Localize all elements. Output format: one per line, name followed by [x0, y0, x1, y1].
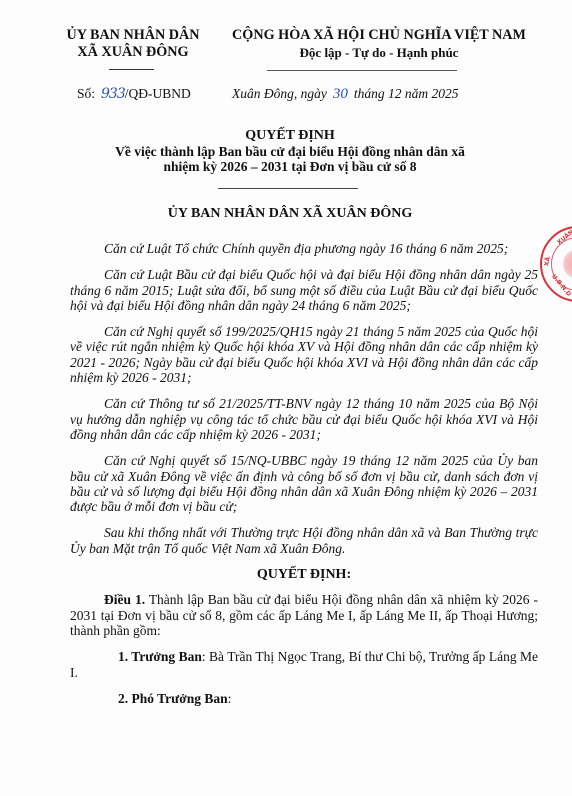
member-detail: : [228, 691, 232, 706]
issuer-underline [109, 69, 154, 70]
motto-underline [267, 70, 457, 71]
member-role: 2. Phó Trưởng Ban [118, 691, 228, 706]
title-subtitle-2: nhiệm kỳ 2026 – 2031 tại Đơn vị bầu cử s… [100, 159, 480, 175]
document-body: Căn cứ Luật Tổ chức Chính quyền địa phươ… [70, 241, 538, 717]
handwritten-day: 30 [333, 86, 348, 102]
title-main: QUYẾT ĐỊNH [100, 128, 480, 144]
preamble-item: Căn cứ Nghị quyết số 199/2025/QH15 ngày … [70, 324, 538, 385]
issuer-heading: ỦY BAN NHÂN DÂN XÃ XUÂN ĐÔNG [100, 206, 480, 222]
preamble-item: Căn cứ Luật Tổ chức Chính quyền địa phươ… [70, 241, 538, 256]
document-page: ỦY BAN NHÂN DÂN XÃ XUÂN ĐÔNG CỘNG HÒA XÃ… [0, 0, 572, 796]
preamble-item: Căn cứ Nghị quyết số 15/NQ-UBBC ngày 19 … [70, 453, 538, 514]
title-subtitle-1: Về việc thành lập Ban bầu cử đại biểu Hộ… [100, 144, 480, 160]
preamble-item: Sau khi thống nhất với Thường trực Hội đ… [70, 525, 538, 556]
number-label: Số: [77, 86, 95, 101]
date-prefix: Xuân Đông, ngày [232, 86, 327, 101]
title-underline [218, 188, 358, 189]
national-motto: Độc lập - Tự do - Hạnh phúc [214, 44, 544, 61]
decision-heading: QUYẾT ĐỊNH: [70, 567, 538, 582]
article-1: Điều 1. Thành lập Ban bầu cử đại biểu Hộ… [70, 592, 538, 638]
issuer-line-1: ỦY BAN NHÂN DÂN [58, 27, 208, 44]
document-title: QUYẾT ĐỊNH Về việc thành lập Ban bầu cử … [100, 128, 480, 175]
preamble-item: Căn cứ Thông tư số 21/2025/TT-BNV ngày 1… [70, 396, 538, 442]
member-item: 2. Phó Trưởng Ban: [70, 691, 538, 706]
date-suffix: tháng 12 năm 2025 [354, 86, 459, 101]
member-item: 1. Trưởng Ban: Bà Trần Thị Ngọc Trang, B… [70, 649, 538, 680]
national-header: CỘNG HÒA XÃ HỘI CHỦ NGHĨA VIỆT NAM Độc l… [214, 27, 544, 61]
handwritten-number: 933 [101, 86, 125, 102]
member-role: 1. Trưởng Ban [118, 649, 202, 664]
article-1-label: Điều 1. [104, 592, 145, 607]
issuer-line-2: XÃ XUÂN ĐÔNG [58, 44, 208, 61]
number-suffix: /QĐ-UBND [125, 86, 191, 101]
preamble-item: Căn cứ Luật Bầu cử đại biểu Quốc hội và … [70, 267, 538, 313]
official-seal-stamp: XUÂN XÃ U.B.N.D [540, 226, 572, 302]
document-number: Số:933/QĐ-UBND [77, 86, 191, 102]
country-name: CỘNG HÒA XÃ HỘI CHỦ NGHĨA VIỆT NAM [214, 27, 544, 44]
document-date: Xuân Đông, ngày30tháng 12 năm 2025 [232, 86, 459, 103]
issuer-header: ỦY BAN NHÂN DÂN XÃ XUÂN ĐÔNG [58, 27, 208, 61]
